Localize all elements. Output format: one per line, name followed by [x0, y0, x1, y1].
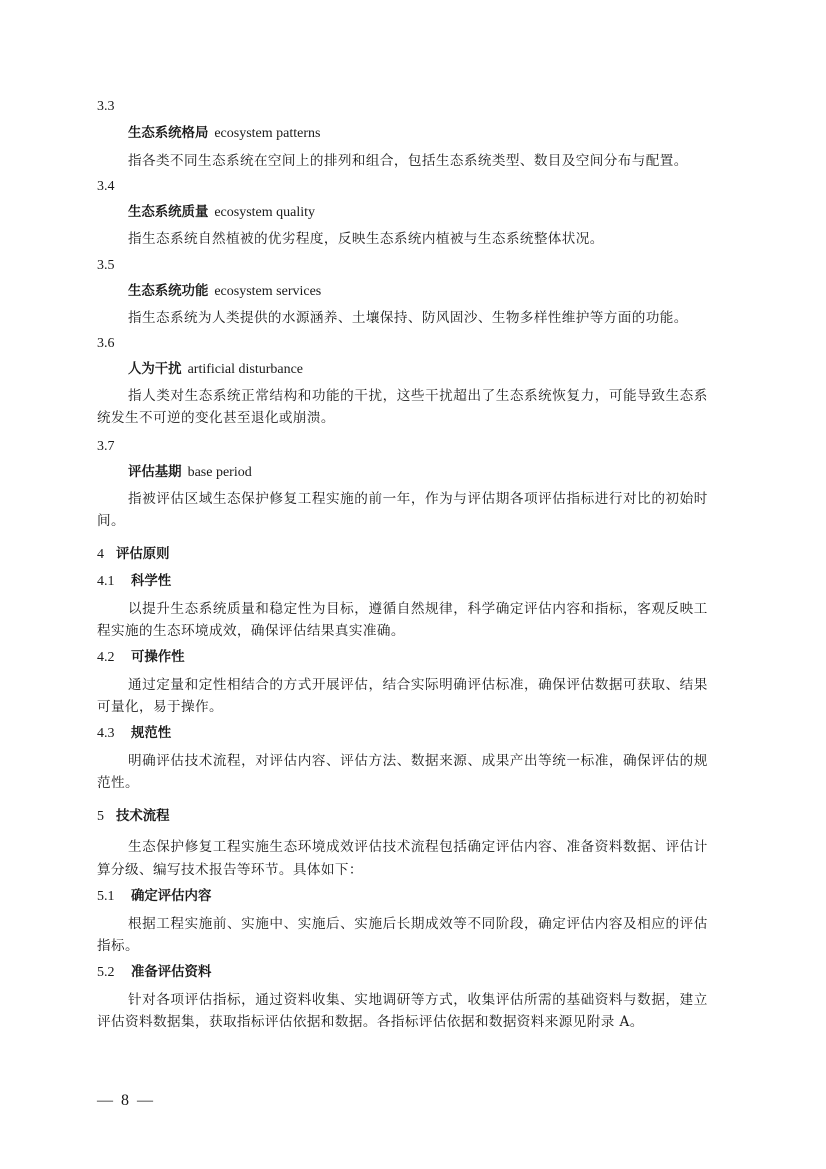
- section-number: 4.2: [97, 648, 131, 668]
- paragraph-line2: 评估资料数据集，获取指标评估依据和数据。各指标评估依据和数据资料来源见附录 A。: [97, 1012, 644, 1032]
- term-heading: 人为干扰artificial disturbance: [128, 360, 303, 380]
- section-number: 4.3: [97, 724, 131, 744]
- paragraph-line2: 程实施的生态环境成效，确保评估结果真实准确。: [97, 621, 405, 641]
- section-heading: 5.2准备评估资料: [97, 963, 211, 983]
- section-title: 准备评估资料: [131, 965, 211, 980]
- term-definition-line2: 间。: [97, 511, 125, 531]
- page-number: — 8 —: [97, 1092, 153, 1110]
- paragraph-line1: 针对各项评估指标，通过资料收集、实地调研等方式，收集评估所需的基础资料与数据，建…: [128, 990, 708, 1010]
- term-heading: 生态系统格局ecosystem patterns: [128, 124, 320, 144]
- clause-number: 3.5: [97, 256, 115, 276]
- paragraph-line1: 明确评估技术流程，对评估内容、评估方法、数据来源、成果产出等统一标准，确保评估的…: [128, 751, 708, 771]
- paragraph-line2: 算分级、编写技术报告等环节。具体如下：: [97, 860, 363, 880]
- term-heading: 生态系统功能ecosystem services: [128, 282, 321, 302]
- term-en: ecosystem patterns: [214, 126, 320, 141]
- section-number: 5.2: [97, 963, 131, 983]
- term-zh: 人为干扰: [128, 362, 182, 377]
- chapter-title: 评估原则: [116, 547, 170, 562]
- paragraph-line2: 指标。: [97, 936, 139, 956]
- paragraph-line2: 可量化，易于操作。: [97, 697, 223, 717]
- paragraph-line1: 生态保护修复工程实施生态环境成效评估技术流程包括确定评估内容、准备资料数据、评估…: [128, 837, 708, 857]
- clause-number: 3.6: [97, 334, 115, 354]
- term-definition: 指各类不同生态系统在空间上的排列和组合，包括生态系统类型、数目及空间分布与配置。: [128, 151, 688, 171]
- clause-number: 3.3: [97, 97, 115, 117]
- section-title: 规范性: [131, 726, 171, 741]
- paragraph-line1: 以提升生态系统质量和稳定性为目标，遵循自然规律，科学确定评估内容和指标，客观反映…: [128, 599, 708, 619]
- section-heading: 4.2可操作性: [97, 648, 185, 668]
- section-number: 4.1: [97, 572, 131, 592]
- term-zh: 生态系统功能: [128, 284, 208, 299]
- term-zh: 生态系统质量: [128, 205, 208, 220]
- term-definition: 指生态系统自然植被的优劣程度，反映生态系统内植被与生态系统整体状况。: [128, 229, 604, 249]
- term-zh: 生态系统格局: [128, 126, 208, 141]
- section-title: 确定评估内容: [131, 889, 211, 904]
- term-heading: 评估基期base period: [128, 463, 252, 483]
- section-title: 可操作性: [131, 650, 185, 665]
- clause-number: 3.7: [97, 437, 115, 457]
- paragraph-line2: 范性。: [97, 773, 139, 793]
- term-heading: 生态系统质量ecosystem quality: [128, 203, 315, 223]
- clause-number: 3.4: [97, 177, 115, 197]
- term-definition-line1: 指被评估区域生态保护修复工程实施的前一年，作为与评估期各项评估指标进行对比的初始…: [128, 489, 708, 509]
- chapter-heading: 5技术流程: [97, 807, 170, 827]
- term-en: ecosystem quality: [214, 205, 315, 220]
- term-definition: 指生态系统为人类提供的水源涵养、土壤保持、防风固沙、生物多样性维护等方面的功能。: [128, 308, 688, 328]
- section-heading: 5.1确定评估内容: [97, 887, 211, 907]
- chapter-number: 5: [97, 809, 104, 824]
- chapter-title: 技术流程: [116, 809, 170, 824]
- term-en: base period: [188, 465, 252, 480]
- chapter-number: 4: [97, 547, 104, 562]
- section-number: 5.1: [97, 887, 131, 907]
- term-definition-line2: 统发生不可逆的变化甚至退化或崩溃。: [97, 408, 335, 428]
- term-zh: 评估基期: [128, 465, 182, 480]
- term-definition-line1: 指人类对生态系统正常结构和功能的干扰，这些干扰超出了生态系统恢复力，可能导致生态…: [128, 386, 708, 406]
- paragraph-line1: 通过定量和定性相结合的方式开展评估，结合实际明确评估标准，确保评估数据可获取、结…: [128, 675, 708, 695]
- paragraph-line1: 根据工程实施前、实施中、实施后、实施后长期成效等不同阶段，确定评估内容及相应的评…: [128, 914, 708, 934]
- term-en: ecosystem services: [214, 284, 321, 299]
- term-en: artificial disturbance: [188, 362, 303, 377]
- section-heading: 4.3规范性: [97, 724, 171, 744]
- chapter-heading: 4评估原则: [97, 545, 170, 565]
- section-title: 科学性: [131, 574, 171, 589]
- section-heading: 4.1科学性: [97, 572, 171, 592]
